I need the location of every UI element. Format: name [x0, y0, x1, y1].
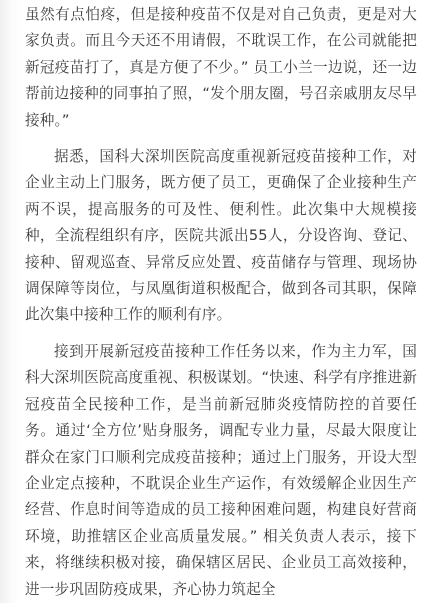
paragraph-hospital-service: 据悉，国科大深圳医院高度重视新冠疫苗接种工作，对企业主动上门服务，既方便了员工，…	[25, 144, 417, 329]
article-body: 虽然有点怕疼，但是接种疫苗不仅是对自己负责，更是对大家负责。而且今天还不用请假，…	[25, 0, 417, 528]
paragraph-vaccination-task: 接到开展新冠疫苗接种工作任务以来，作为主力军，国科大深圳医院高度重视、积极谋划。…	[25, 339, 417, 528]
paragraph-employee-quote: 虽然有点怕疼，但是接种疫苗不仅是对自己负责，更是对大家负责。而且今天还不用请假，…	[25, 2, 417, 134]
